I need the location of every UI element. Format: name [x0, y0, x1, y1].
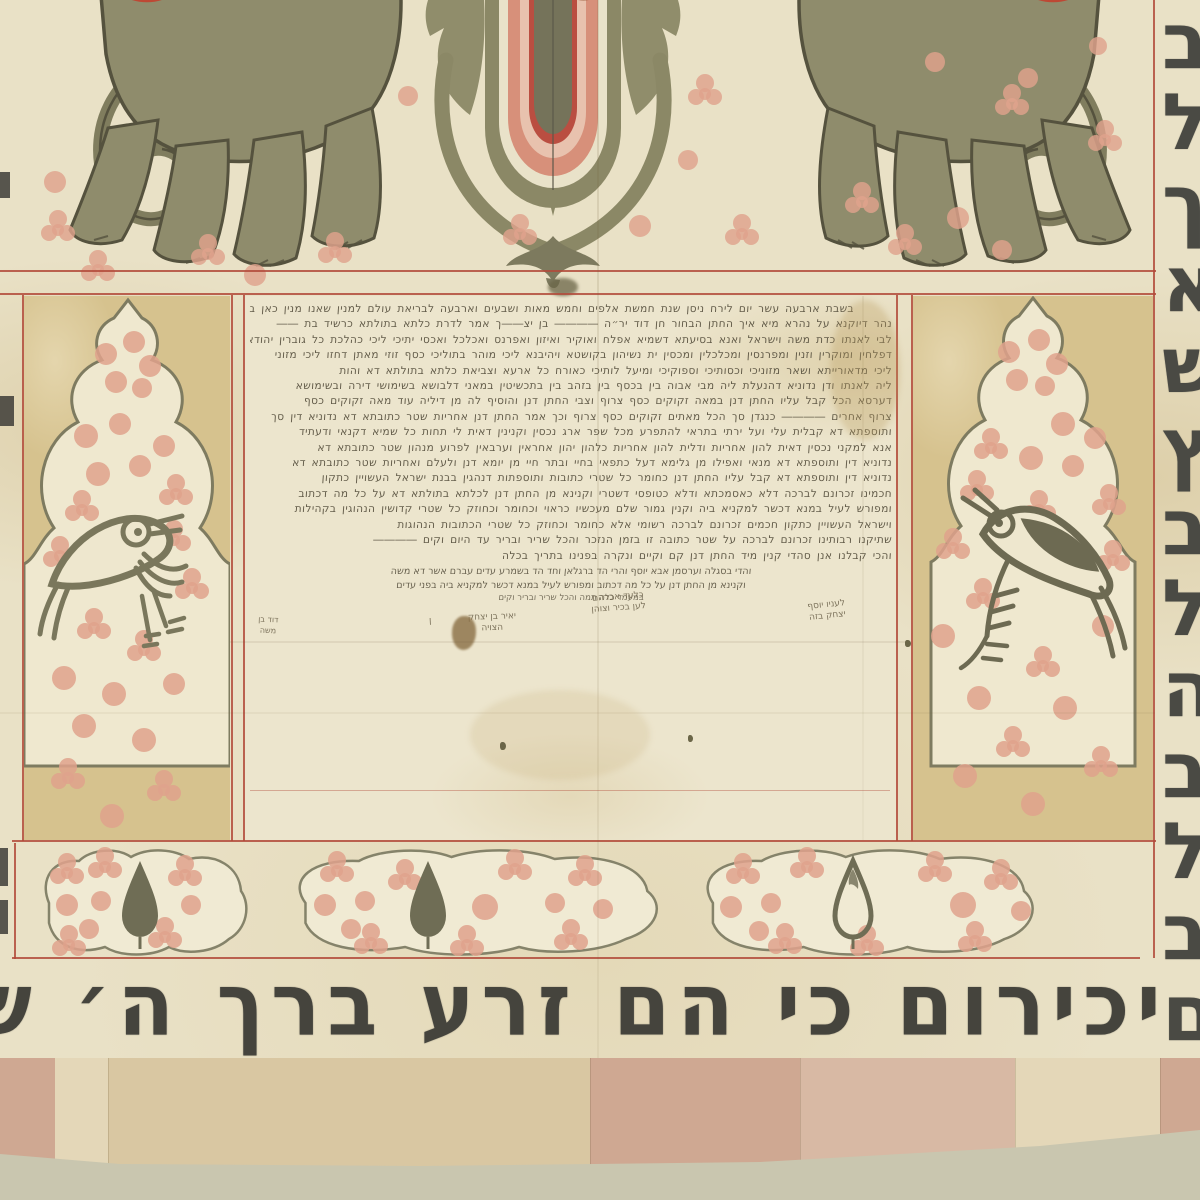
signature: לעניו יוסף יצחק בזה	[807, 598, 847, 624]
red-rule	[243, 295, 245, 841]
backing-patch	[0, 1058, 55, 1168]
manuscript-line: נדוניא דין ותוספתא דא קבל עליו החתן דנן …	[249, 471, 892, 486]
bottom-cartouche-band	[15, 843, 1136, 959]
manuscript-line: ותוספתא דא קבלית עלי ועל ירתי בתראי להתפ…	[249, 425, 892, 440]
cartouche-3	[708, 847, 1033, 956]
manuscript-line: והכי קבלנו אנן סהדי קנין מיד החתן דנן קם…	[249, 549, 892, 564]
border-letter-fragment: ל	[1162, 83, 1200, 164]
manuscript-line: נהר דיוקנא על נהרא מיא איך החתן הבחור חן…	[249, 317, 892, 332]
water-stain	[470, 690, 650, 780]
red-rule	[14, 843, 16, 959]
border-letter-fragment: ב	[1162, 488, 1200, 569]
manuscript-line: חכמינו זכרונם לברכה דלא כאסמכתא ודלא כטו…	[249, 487, 892, 502]
right-panel-art	[913, 296, 1153, 840]
backing-patch	[55, 1058, 108, 1168]
manuscript-line: ליכי מדאורייתא ושאר מזוניכי וכסותיכי וספ…	[249, 364, 892, 379]
ketubah-photograph: בשבת ארבעה עשר יום לירח ניסן שנת חמשת אל…	[0, 0, 1200, 1200]
red-rule	[911, 295, 913, 841]
backing-patch	[1015, 1058, 1160, 1168]
left-edge-letter-fragment	[0, 900, 8, 934]
border-letter-fragment: ה	[1162, 650, 1200, 731]
cartouche-1	[46, 847, 247, 956]
ink-speck	[500, 742, 506, 750]
witness-line: והדי בסגלה וערסמן אבא יוסף והרי הד ברגלא…	[309, 565, 832, 579]
border-letter-fragment: ל	[1162, 812, 1200, 893]
manuscript-line: ומפורש לעיל במנא דכשר למקניא ביה וקנין ג…	[249, 502, 892, 517]
red-rule	[250, 790, 890, 791]
border-letter-fragment: ם	[1162, 974, 1200, 1055]
right-border-verse-fragments: בלךאשץבלהבלבם	[1162, 2, 1200, 1055]
manuscript-line: וישראל העשויין כתקון חכמים זכרונם לברכה …	[249, 518, 892, 533]
lion-left	[70, 0, 401, 266]
border-letter-fragment: ב	[1162, 731, 1200, 812]
fold-crease	[597, 0, 599, 1060]
red-rule	[231, 295, 233, 841]
border-letter-fragment: ץ	[1162, 407, 1200, 488]
manuscript-line: צרוף אחרים ―――― כנגדן סך הכל מאתים זקוקי…	[249, 410, 892, 425]
backing-fabric-strip	[0, 1058, 1200, 1168]
manuscript-line: בשבת ארבעה עשר יום לירח ניסן שנת חמשת אל…	[249, 302, 892, 317]
manuscript-line: דפלחין ומוקרין וזנין ומפרנסין ומכלכלין ו…	[249, 348, 892, 363]
water-stain	[830, 300, 900, 440]
signature: כלעד אברהם לען בכיר וצוהן	[591, 590, 647, 616]
border-letter-fragment: ך	[1162, 164, 1200, 245]
fold-crease	[230, 641, 910, 643]
left-edge-letter-fragment	[0, 848, 8, 886]
manuscript-line: שתיקנו רבותינו זכרונם לברכה על שטר כתובה…	[249, 533, 892, 548]
ink-speck	[905, 640, 911, 647]
manuscript-line: ליה לאנתו ודן נדוניא דהנעלת ליה מבי אבוה…	[249, 379, 892, 394]
border-letter-fragment: ב	[1162, 893, 1200, 974]
signature: דוד בן משה	[257, 614, 278, 637]
witness-signatures: לעניו יוסף יצחק בזהכלעד אברהם לען בכיר ו…	[246, 588, 896, 688]
tulip-leaf-left	[420, 0, 485, 115]
left-edge-letter-fragment	[0, 172, 10, 198]
red-rule	[0, 270, 1156, 272]
red-rule	[1153, 0, 1155, 958]
backing-patch	[590, 1058, 800, 1168]
backing-patch	[108, 1058, 590, 1168]
ink-speck	[688, 735, 693, 742]
border-letter-fragment: ל	[1162, 569, 1200, 650]
border-letter-fragment: א	[1162, 245, 1200, 326]
red-rule	[12, 840, 1156, 842]
manuscript-line: לבי לאנתו כדת משה וישראל ואנא בסיעתא דשמ…	[249, 333, 892, 348]
red-rule	[22, 295, 24, 841]
signature: ן	[428, 616, 431, 627]
left-edge-letter-fragment	[0, 396, 14, 426]
bottom-border-verse: א יכירום כי הם זרע ברך ה׳ שרש אשר	[0, 953, 1200, 1070]
tulip-leaf-right	[621, 0, 686, 115]
backing-patch	[800, 1058, 1015, 1168]
manuscript-line: דערסא הכל קבל עליו החתן דנן במאה זקוקים …	[249, 394, 892, 409]
left-panel-art	[24, 296, 230, 840]
red-rule	[0, 293, 1156, 295]
manuscript-line: אנא למקני נכסין דאית להון אחריות ודלית ל…	[249, 441, 892, 456]
red-rule	[12, 957, 1140, 959]
border-letter-fragment: ש	[1162, 326, 1200, 407]
cartouche-2	[300, 849, 657, 956]
top-register-lions-and-tulip	[0, 0, 1160, 296]
manuscript-line: נדוניא דין ותוספתא דא מנאי ואפילו מן גלי…	[249, 456, 892, 471]
backing-patch	[1160, 1058, 1200, 1168]
border-letter-fragment: ב	[1162, 2, 1200, 83]
ketubah-manuscript-text: בשבת ארבעה עשר יום לירח ניסן שנת חמשת אל…	[250, 302, 892, 564]
central-tulip-motif	[420, 0, 686, 288]
